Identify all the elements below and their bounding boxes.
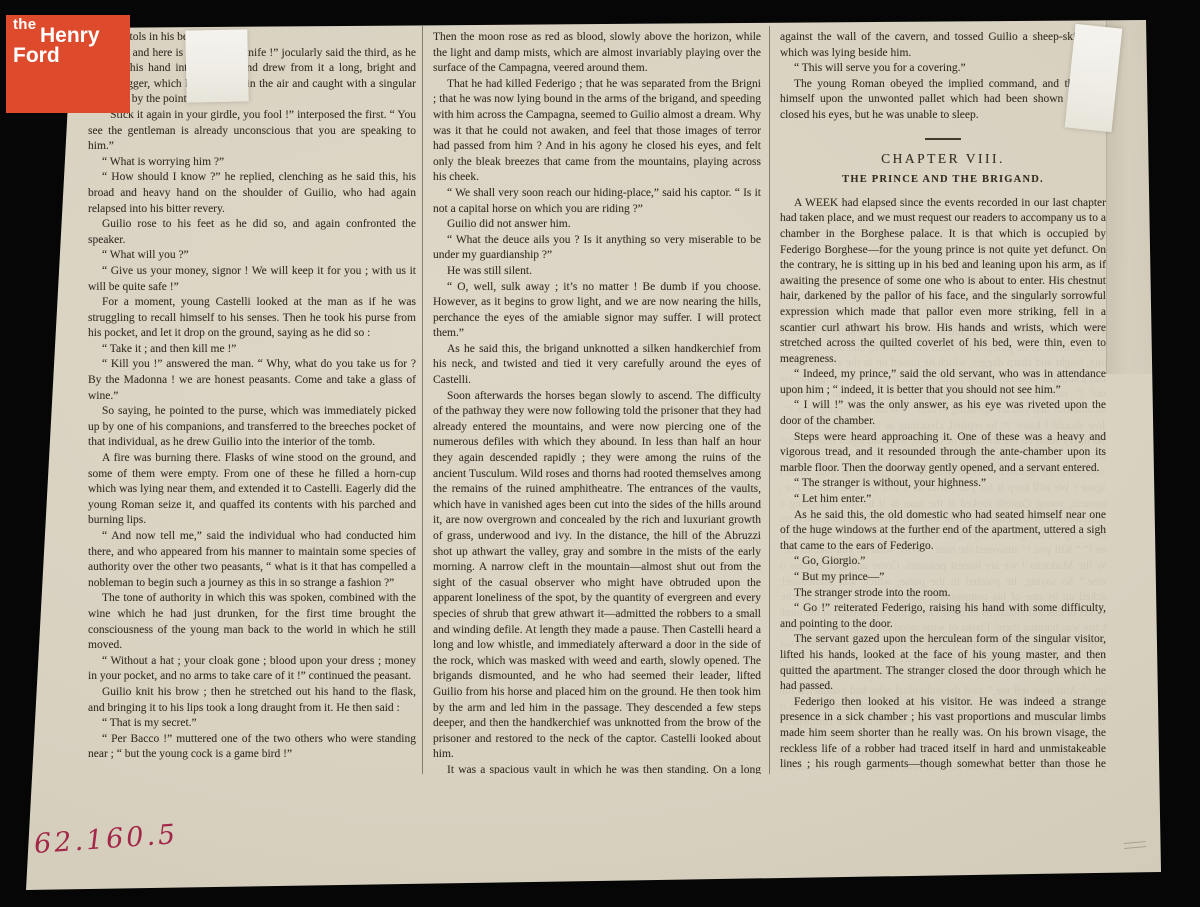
- text-column-2: Then the moon rose as red as blood, slow…: [433, 30, 761, 774]
- paragraph: “ What will you ?”: [88, 248, 416, 264]
- paragraph: The servant gazed upon the herculean for…: [780, 632, 1106, 694]
- paragraph: So saying, he pointed to the purse, whic…: [88, 404, 416, 451]
- logo-name-line2: Ford: [13, 44, 60, 68]
- paragraph: The tone of authority in which this was …: [88, 591, 416, 653]
- paragraph: “ Without a hat ; your cloak gone ; bloo…: [88, 654, 416, 685]
- paragraph: “ Go, Giorgio.”: [780, 554, 1106, 570]
- henry-ford-logo: the Henry Ford: [6, 15, 130, 113]
- scan-background: at the pistols in his belt.“ Yes, and he…: [0, 0, 1200, 907]
- column-divider-1: [422, 26, 423, 774]
- paragraph: The stranger strode into the room.: [780, 586, 1106, 602]
- paragraph: “ Stick it again in your girdle, you foo…: [88, 108, 416, 155]
- paragraph: Federigo then looked at his visitor. He …: [780, 695, 1106, 774]
- scanned-page: at the pistols in his belt.“ Yes, and he…: [20, 14, 1162, 894]
- paragraph: “ Let him enter.”: [780, 492, 1106, 508]
- text-column-3: against the wall of the cavern, and toss…: [780, 30, 1106, 774]
- paragraph: As he said this, the old domestic who ha…: [780, 508, 1106, 555]
- paragraph: For a moment, young Castelli looked at t…: [88, 295, 416, 342]
- chapter-subheading: THE PRINCE AND THE BRIGAND.: [780, 172, 1106, 188]
- paragraph: against the wall of the cavern, and toss…: [780, 30, 1106, 61]
- paragraph: “ What the deuce ails you ? Is it anythi…: [433, 233, 761, 264]
- paragraph: He was still silent.: [433, 264, 761, 280]
- paragraph: Steps were heard approaching it. One of …: [780, 430, 1106, 477]
- tape-strip-left: [185, 29, 248, 102]
- paragraph: “ Kill you !” answered the man. “ Why, w…: [88, 357, 416, 404]
- paragraph: “ The stranger is without, your highness…: [780, 476, 1106, 492]
- paragraph: Soon afterwards the horses began slowly …: [433, 389, 761, 763]
- paragraph: at the pistols in his belt.: [88, 30, 416, 46]
- paragraph: “ O, well, sulk away ; it’s no matter ! …: [433, 280, 761, 342]
- paragraph: “ We shall very soon reach our hiding-pl…: [433, 186, 761, 217]
- chapter-heading: CHAPTER VIII.: [780, 151, 1106, 167]
- paragraph: “ Go !” reiterated Federigo, raising his…: [780, 601, 1106, 632]
- paragraph: “ That is my secret.”: [88, 716, 416, 732]
- paragraph: Then the moon rose as red as blood, slow…: [433, 30, 761, 77]
- paragraph: “ I will !” was the only answer, as his …: [780, 398, 1106, 429]
- paragraph: “ Give us your money, signor ! We will k…: [88, 264, 416, 295]
- paragraph: “ How should I know ?” he replied, clenc…: [88, 170, 416, 217]
- column-divider-2: [769, 26, 770, 774]
- paragraph: That he had killed Federigo ; that he wa…: [433, 77, 761, 186]
- paragraph: “ Per Bacco !” muttered one of the two o…: [88, 732, 416, 763]
- paragraph: “ What is worrying him ?”: [88, 155, 416, 171]
- paragraph: It was a spacious vault in which he was …: [433, 763, 761, 774]
- pencil-marks: [1124, 841, 1147, 853]
- paragraph: As he said this, the brigand unknotted a…: [433, 342, 761, 389]
- paragraph: A WEEK had elapsed since the events reco…: [780, 196, 1106, 368]
- paragraph: “ And now tell me,” said the individual …: [88, 529, 416, 591]
- paragraph: Guilio rose to his feet as he did so, an…: [88, 217, 416, 248]
- paragraph: “ This will serve you for a covering.”: [780, 61, 1106, 77]
- paragraph: The young Roman obeyed the implied comma…: [780, 77, 1106, 124]
- paragraph: A fire was burning there. Flasks of wine…: [88, 451, 416, 529]
- paragraph: “ But my prince—”: [780, 570, 1106, 586]
- paragraph: “ Yes, and here is a little case-knife !…: [88, 46, 416, 108]
- paragraph: “ Take it ; and then kill me !”: [88, 342, 416, 358]
- section-rule: [925, 138, 961, 140]
- text-column-1: at the pistols in his belt.“ Yes, and he…: [88, 30, 416, 774]
- logo-prefix: the: [13, 16, 36, 33]
- paragraph: Guilio knit his brow ; then he stretched…: [88, 685, 416, 716]
- paragraph: “ Indeed, my prince,” said the old serva…: [780, 367, 1106, 398]
- paragraph: Guilio did not answer him.: [433, 217, 761, 233]
